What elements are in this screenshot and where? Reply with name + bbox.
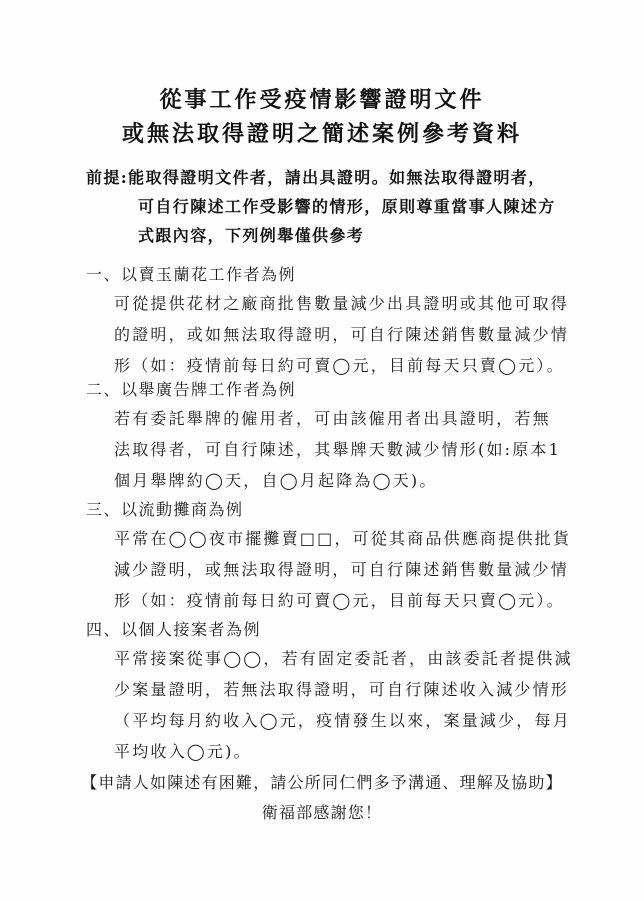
section-body-line: 若有委託舉牌的僱用者，可由該僱用者出具證明，若無 — [86, 403, 606, 434]
section-body-line: 平均收入◯元)。 — [86, 736, 606, 767]
premise-text-1: 能取得證明文件者，請出具證明。如無法取得證明者， — [128, 168, 546, 187]
example-section-3: 三、以流動攤商為例 平常在◯◯夜市擺攤賣□□，可從其商品供應商提供批貨 減少證明… — [86, 497, 606, 616]
section-body-line: 可從提供花材之廠商批售數量減少出具證明或其他可取得 — [86, 288, 606, 319]
footer-thanks: 衛福部感謝您！ — [0, 800, 644, 823]
example-section-4: 四、以個人接案者為例 平常接案從事◯◯，若有固定委託者，由該委託者提供減 少案量… — [86, 617, 606, 767]
premise-line-1: 前提:能取得證明文件者，請出具證明。如無法取得證明者， — [86, 163, 606, 192]
section-heading: 三、以流動攤商為例 — [86, 497, 606, 523]
document-title-line-2: 或無法取得證明之簡述案例參考資料 — [0, 117, 644, 148]
section-body-line: 平常在◯◯夜市擺攤賣□□，可從其商品供應商提供批貨 — [86, 523, 606, 554]
premise-line-3: 式跟內容，下列例舉僅供參考 — [86, 221, 606, 250]
document-page: 從事工作受疫情影響證明文件 或無法取得證明之簡述案例參考資料 前提:能取得證明文… — [0, 0, 644, 901]
example-section-2: 二、以舉廣告牌工作者為例 若有委託舉牌的僱用者，可由該僱用者出具證明，若無 法取… — [86, 377, 606, 496]
section-body-line: 的證明，或如無法取得證明，可自行陳述銷售數量減少情 — [86, 319, 606, 350]
section-body-line: 形（如：疫情前每日約可賣◯元，目前每天只賣◯元）。 — [86, 585, 606, 616]
section-body-line: 少案量證明，若無法取得證明，可自行陳述收入減少情形 — [86, 674, 606, 705]
section-body-line: （平均每月約收入◯元，疫情發生以來，案量減少，每月 — [86, 705, 606, 736]
section-body-line: 個月舉牌約◯天，自◯月起降為◯天)。 — [86, 465, 606, 496]
section-heading: 一、以賣玉蘭花工作者為例 — [86, 262, 606, 288]
document-title-line-1: 從事工作受疫情影響證明文件 — [0, 83, 644, 114]
footer-note: 【申請人如陳述有困難，請公所同仁們多予溝通、理解及協助】 — [0, 770, 644, 793]
section-body-line: 減少證明，或無法取得證明，可自行陳述銷售數量減少情 — [86, 554, 606, 585]
section-body-line: 法取得者，可自行陳述，其舉牌天數減少情形(如:原本1 — [86, 434, 606, 465]
section-heading: 四、以個人接案者為例 — [86, 617, 606, 643]
premise-block: 前提:能取得證明文件者，請出具證明。如無法取得證明者， 可自行陳述工作受影響的情… — [86, 163, 606, 250]
section-heading: 二、以舉廣告牌工作者為例 — [86, 377, 606, 403]
premise-line-2: 可自行陳述工作受影響的情形，原則尊重當事人陳述方 — [86, 192, 606, 221]
example-section-1: 一、以賣玉蘭花工作者為例 可從提供花材之廠商批售數量減少出具證明或其他可取得 的… — [86, 262, 606, 381]
section-body-line: 平常接案從事◯◯，若有固定委託者，由該委託者提供減 — [86, 643, 606, 674]
premise-label: 前提: — [86, 168, 128, 187]
